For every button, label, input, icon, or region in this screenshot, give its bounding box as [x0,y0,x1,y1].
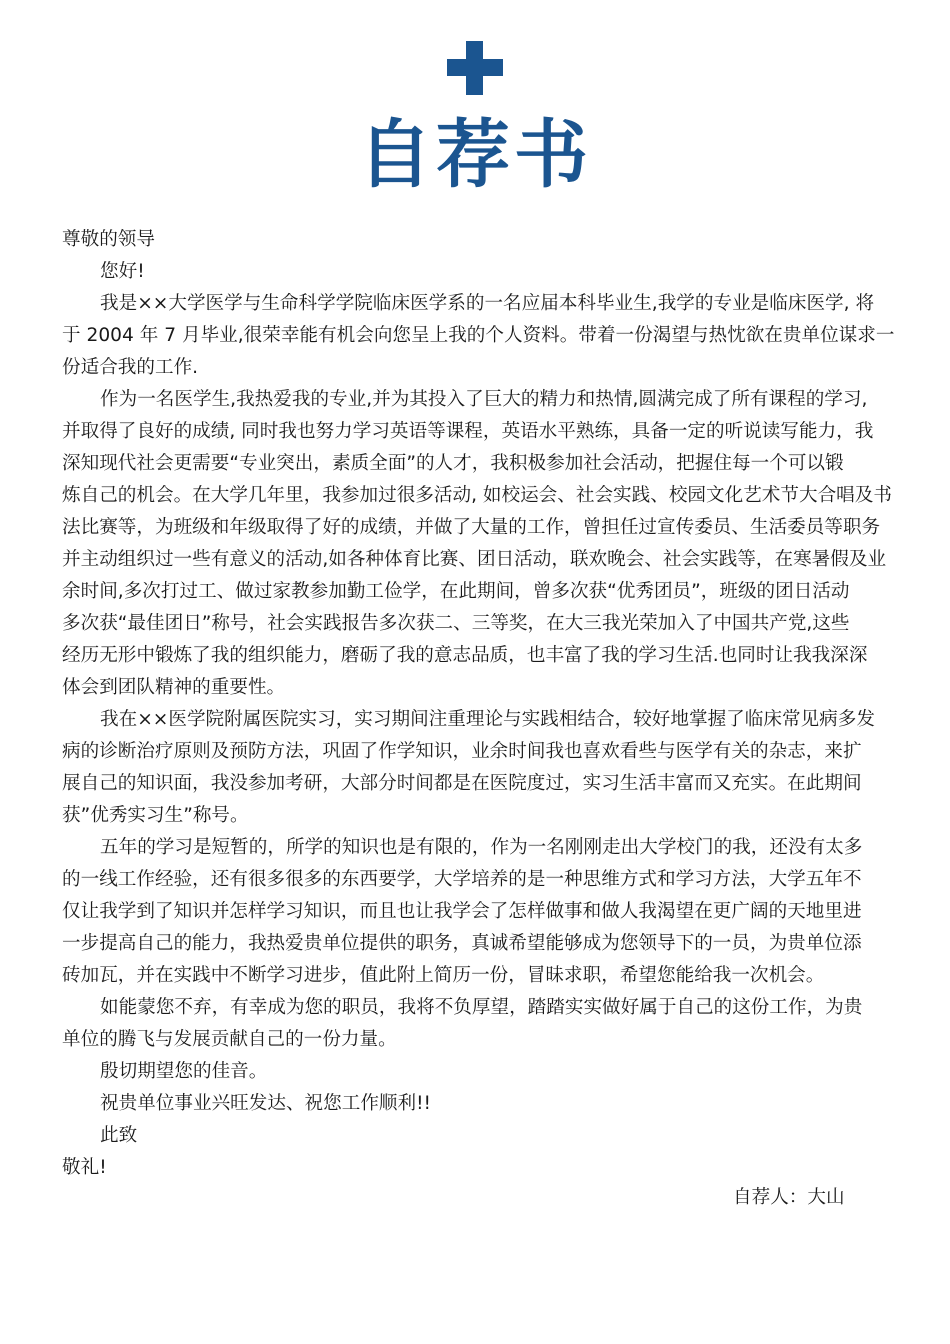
paragraph-line: 份适合我的工作. [62,352,892,384]
closing-hope: 殷切期望您的佳音。 [62,1056,892,1088]
paragraph-line: 病的诊断治疗原则及预防方法，巩固了作学知识，业余时间我也喜欢看些与医学有关的杂志… [62,736,892,768]
paragraph-line: 我在××医学院附属医院实习，实习期间注重理论与实践相结合，较好地掌握了临床常见病… [62,704,892,736]
paragraph-line: 一步提高自己的能力，我热爱贵单位提供的职务，真诚希望能够成为您领导下的一员，为贵… [62,928,892,960]
paragraph-line: 五年的学习是短暂的，所学的知识也是有限的，作为一名刚刚走出大学校门的我，还没有太… [62,832,892,864]
greeting: 您好! [62,256,892,288]
paragraph-line: 砖加瓦，并在实践中不断学习进步，值此附上简历一份，冒昧求职，希望您能给我一次机会… [62,960,892,992]
closing-cizhi: 此致 [62,1120,892,1152]
paragraph-line: 并主动组织过一些有意义的活动,如各种体育比赛、团日活动，联欢晚会、社会实践等，在… [62,544,892,576]
paragraph-line: 展自己的知识面，我没参加考研，大部分时间都是在医院度过，实习生活丰富而又充实。在… [62,768,892,800]
cross-vertical-bar [466,41,483,95]
paragraph-line: 深知现代社会更需要“专业突出，素质全面”的人才，我积极参加社会活动，把握住每一个… [62,448,892,480]
paragraph-1: 我是××大学医学与生命科学学院临床医学系的一名应届本科毕业生,我学的专业是临床医… [62,288,892,384]
paragraph-line: 炼自己的机会。在大学几年里，我参加过很多活动, 如校运会、社会实践、校园文化艺术… [62,480,892,512]
salutation: 尊敬的领导 [62,224,892,256]
signature: 自荐人：大山 [733,1182,845,1214]
paragraph-line: 我是××大学医学与生命科学学院临床医学系的一名应届本科毕业生,我学的专业是临床医… [62,288,892,320]
paragraph-line: 单位的腾飞与发展贡献自己的一份力量。 [62,1024,892,1056]
paragraph-line: 如能蒙您不弃，有幸成为您的职员，我将不负厚望，踏踏实实做好属于自己的这份工作，为… [62,992,892,1024]
document-page: 自荐书 尊敬的领导 您好! 我是××大学医学与生命科学学院临床医学系的一名应届本… [0,0,950,1344]
paragraph-line: 经历无形中锻炼了我的组织能力，磨砺了我的意志品质，也丰富了我的学习生活.也同时让… [62,640,892,672]
document-title: 自荐书 [0,110,950,200]
paragraph-line: 于 2004 年 7 月毕业,很荣幸能有机会向您呈上我的个人资料。带着一份渴望与… [62,320,892,352]
letter-body: 尊敬的领导 您好! 我是××大学医学与生命科学学院临床医学系的一名应届本科毕业生… [62,224,892,1184]
paragraph-4: 五年的学习是短暂的，所学的知识也是有限的，作为一名刚刚走出大学校门的我，还没有太… [62,832,892,992]
paragraph-3: 我在××医学院附属医院实习，实习期间注重理论与实践相结合，较好地掌握了临床常见病… [62,704,892,832]
paragraph-line: 多次获“最佳团日”称号，社会实践报告多次获二、三等奖，在大三我光荣加入了中国共产… [62,608,892,640]
paragraph-line: 仅让我学到了知识并怎样学习知识，而且也让我学会了怎样做事和做人我渴望在更广阔的天… [62,896,892,928]
closing-regards: 敬礼! [62,1152,892,1184]
paragraph-line: 体会到团队精神的重要性。 [62,672,892,704]
paragraph-line: 的一线工作经验，还有很多很多的东西要学，大学培养的是一种思维方式和学习方法，大学… [62,864,892,896]
medical-cross-icon [447,41,503,95]
paragraph-line: 余时间,多次打过工、做过家教参加勤工俭学，在此期间，曾多次获“优秀团员”，班级的… [62,576,892,608]
paragraph-line: 并取得了良好的成绩, 同时我也努力学习英语等课程，英语水平熟练，具备一定的听说读… [62,416,892,448]
paragraph-line: 法比赛等，为班级和年级取得了好的成绩，并做了大量的工作，曾担任过宣传委员、生活委… [62,512,892,544]
closing-wishes: 祝贵单位事业兴旺发达、祝您工作顺利!! [62,1088,892,1120]
paragraph-5: 如能蒙您不弃，有幸成为您的职员，我将不负厚望，踏踏实实做好属于自己的这份工作，为… [62,992,892,1056]
paragraph-line: 获”优秀实习生”称号。 [62,800,892,832]
paragraph-2: 作为一名医学生,我热爱我的专业,并为其投入了巨大的精力和热情,圆满完成了所有课程… [62,384,892,704]
paragraph-line: 作为一名医学生,我热爱我的专业,并为其投入了巨大的精力和热情,圆满完成了所有课程… [62,384,892,416]
